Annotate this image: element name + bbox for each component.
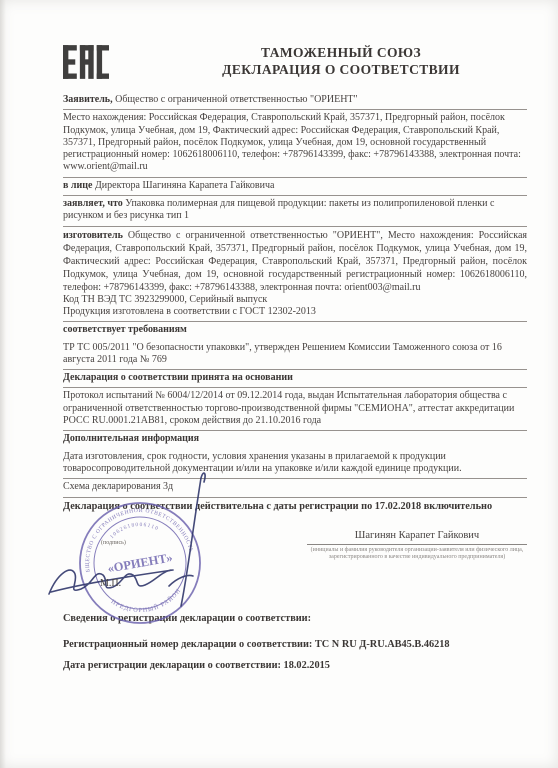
additional-heading-row: Дополнительная информация xyxy=(63,431,527,448)
manufacturer-label: изготовитель xyxy=(63,230,123,241)
basis-text: Протокол испытаний № 6004/12/2014 от 09.… xyxy=(63,390,514,426)
manufacturer-text: Общество с ограниченной ответственностью… xyxy=(63,230,527,293)
complies-heading-row: соответствует требованиям xyxy=(63,322,527,339)
signatory-block: Шагинян Карапет Гайкович (инициалы и фам… xyxy=(307,530,527,562)
title-line-2: ДЕКЛАРАЦИЯ О СООТВЕТСТВИИ xyxy=(155,61,527,78)
document-content: ТАМОЖЕННЫЙ СОЮЗ ДЕКЛАРАЦИЯ О СООТВЕТСТВИ… xyxy=(63,0,527,671)
signatory-caption: (инициалы и фамилия руководителя организ… xyxy=(307,545,527,562)
additional-heading: Дополнительная информация xyxy=(63,433,199,444)
complies-text-row: ТР ТС 005/2011 "О безопасности упаковки"… xyxy=(63,340,527,371)
in-person-label: в лице xyxy=(63,180,92,191)
document-header: ТАМОЖЕННЫЙ СОЮЗ ДЕКЛАРАЦИЯ О СООТВЕТСТВИ… xyxy=(63,0,527,92)
basis-text-row: Протокол испытаний № 6004/12/2014 от 09.… xyxy=(63,388,527,431)
applicant-label: Заявитель, xyxy=(63,94,113,105)
handwritten-signature xyxy=(41,466,261,616)
manufacturer-section: изготовитель Общество с ограниченной отв… xyxy=(63,227,527,323)
basis-heading: Декларация о соответствии принята на осн… xyxy=(63,372,293,383)
declares-text: Упаковка полимерная для пищевой продукци… xyxy=(63,198,494,221)
signatory-caption-line-1: (инициалы и фамилия руководителя организ… xyxy=(307,547,527,555)
scan-edge-shade xyxy=(0,0,6,768)
page-title: ТАМОЖЕННЫЙ СОЮЗ ДЕКЛАРАЦИЯ О СООТВЕТСТВИ… xyxy=(155,44,527,78)
gost-line: Продукция изготовлена в соответствии с Г… xyxy=(63,306,527,318)
in-person-text: Директора Шагиняна Карапета Гайковича xyxy=(92,180,274,191)
signatory-caption-line-2: зарегистрированного в качестве индивидуа… xyxy=(307,554,527,562)
applicant-text: Общество с ограниченной ответственностью… xyxy=(113,94,358,105)
tnved-code-line: Код ТН ВЭД ТС 3923299000, Серийный выпус… xyxy=(63,294,527,306)
complies-heading: соответствует требованиям xyxy=(63,324,187,335)
signature-area: ОБЩЕСТВО С ОГРАНИЧЕННОЙ ОТВЕТСТВЕННОСТЬЮ… xyxy=(63,514,527,606)
in-person-section: в лице Директора Шагиняна Карапета Гайко… xyxy=(63,178,527,196)
registration-number-line: Регистрационный номер декларации о соотв… xyxy=(63,639,527,650)
signature-caption: (подпись) xyxy=(101,540,126,546)
complies-text: ТР ТС 005/2011 "О безопасности упаковки"… xyxy=(63,342,502,365)
eac-mark-icon xyxy=(63,40,109,84)
basis-heading-row: Декларация о соответствии принята на осн… xyxy=(63,370,527,388)
mp-label: М.П. xyxy=(100,578,121,589)
applicant-section: Заявитель, Общество с ограниченной ответ… xyxy=(63,92,527,110)
applicant-address-section: Место нахождения: Российская Федерация, … xyxy=(63,110,527,177)
signatory-name: Шагинян Карапет Гайкович xyxy=(307,530,527,545)
title-line-1: ТАМОЖЕННЫЙ СОЮЗ xyxy=(155,44,527,61)
applicant-address: Место нахождения: Российская Федерация, … xyxy=(63,112,521,172)
declares-label: заявляет, что xyxy=(63,198,123,209)
declaration-document: ТАМОЖЕННЫЙ СОЮЗ ДЕКЛАРАЦИЯ О СООТВЕТСТВИ… xyxy=(0,0,558,768)
manufacturer-paragraph: изготовитель Общество с ограниченной отв… xyxy=(63,229,527,294)
registration-date-line: Дата регистрации декларации о соответств… xyxy=(63,660,527,671)
declares-section: заявляет, что Упаковка полимерная для пи… xyxy=(63,196,527,227)
